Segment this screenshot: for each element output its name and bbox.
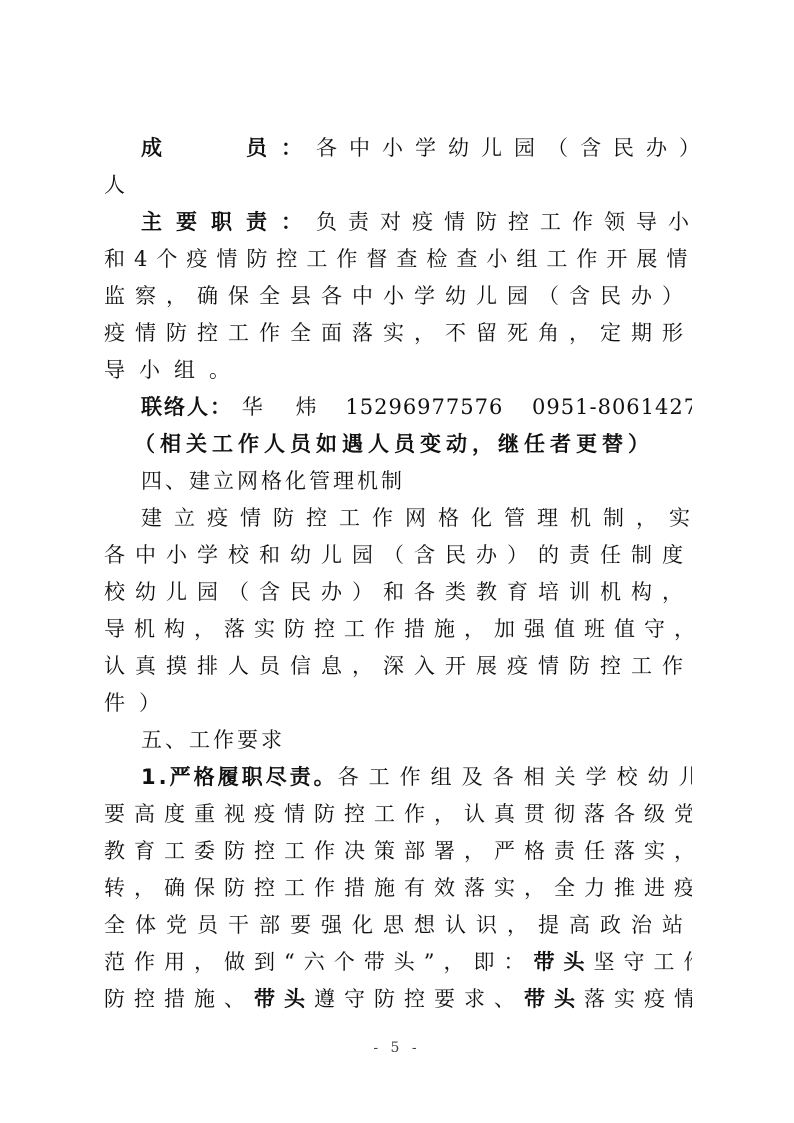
page-number: - 5 -	[0, 1040, 794, 1056]
section-4-line: 件）	[104, 685, 692, 722]
contact-mobile: 15296977576	[345, 395, 503, 419]
contact-name: 华 炜	[242, 395, 323, 419]
duties-line: 导小组。	[104, 352, 692, 389]
duties-line: 主要职责：负责对疫情防控工作领导小组办公室5个工作组	[104, 204, 692, 241]
duties-label: 主要职责：	[141, 210, 316, 234]
section-4-line: 建立疫情防控工作网格化管理机制，实行局机关干部包全县	[104, 500, 692, 537]
section-4-line: 校幼儿园（含民办）和各类教育培训机构，建立健全防控组织领	[104, 574, 692, 611]
section-5-item-1: 1.严格履职尽责。各工作组及各相关学校幼儿园（含民办）	[104, 759, 692, 796]
section-4-line: 导机构，落实防控工作措施，加强值班值守，严格管控网络舆情，	[104, 611, 692, 648]
section-5-line: 防控措施、带头遵守防控要求、带头落实疫情报告制度、带头做	[104, 981, 692, 1018]
contact-label: 联络人：	[141, 395, 233, 419]
members-label: 成 员：	[141, 136, 316, 160]
members-text: 各中小学幼儿园（含民办）、教育培训机构负责	[316, 136, 692, 160]
section-5-line: 转，确保防控工作措施有效落实，全力推进疫情防控各项工作。	[104, 870, 692, 907]
contact-phone: 0951-8061427	[532, 395, 692, 419]
section-5-line: 全体党员干部要强化思想认识，提高政治站位，充分发挥先锋模	[104, 907, 692, 944]
duties-line: 疫情防控工作全面落实，不留死角，定期形成督导监察情况报领	[104, 315, 692, 352]
section-5-line: 要高度重视疫情防控工作，认真贯彻落各级党委、政府和区、市	[104, 796, 692, 833]
document-page: 成 员：各中小学幼儿园（含民办）、教育培训机构负责 人 主要职责：负责对疫情防控…	[104, 130, 692, 1018]
contact-line: 联络人： 华 炜 15296977576 0951-8061427	[104, 389, 692, 426]
section-4-line: 认真摸排人员信息，深入开展疫情防控工作。（责任分工详见附	[104, 648, 692, 685]
members-line: 成 员：各中小学幼儿园（含民办）、教育培训机构负责	[104, 130, 692, 167]
note-line: （相关工作人员如遇人员变动，继任者更替）	[104, 426, 692, 463]
section-4-heading: 四、建立网格化管理机制	[104, 463, 692, 500]
item-1-title: 1.严格履职尽责。	[141, 765, 338, 789]
duties-line: 和4个疫情防控工作督查检查小组工作开展情况进行跟踪督导	[104, 241, 692, 278]
section-5-heading: 五、工作要求	[104, 722, 692, 759]
members-line-2: 人	[104, 167, 692, 204]
duties-line: 监察，确保全县各中小学幼儿园（含民办）和各类教育培训机构	[104, 278, 692, 315]
section-4-line: 各中小学校和幼儿园（含民办）的责任制度。督促全县各中小学	[104, 537, 692, 574]
section-5-line: 范作用，做到“六个带头”，即：带头坚守工作岗位、带头落实	[104, 944, 692, 981]
section-5-line: 教育工委防控工作决策部署，严格责任落实，紧密协作、高效运	[104, 833, 692, 870]
